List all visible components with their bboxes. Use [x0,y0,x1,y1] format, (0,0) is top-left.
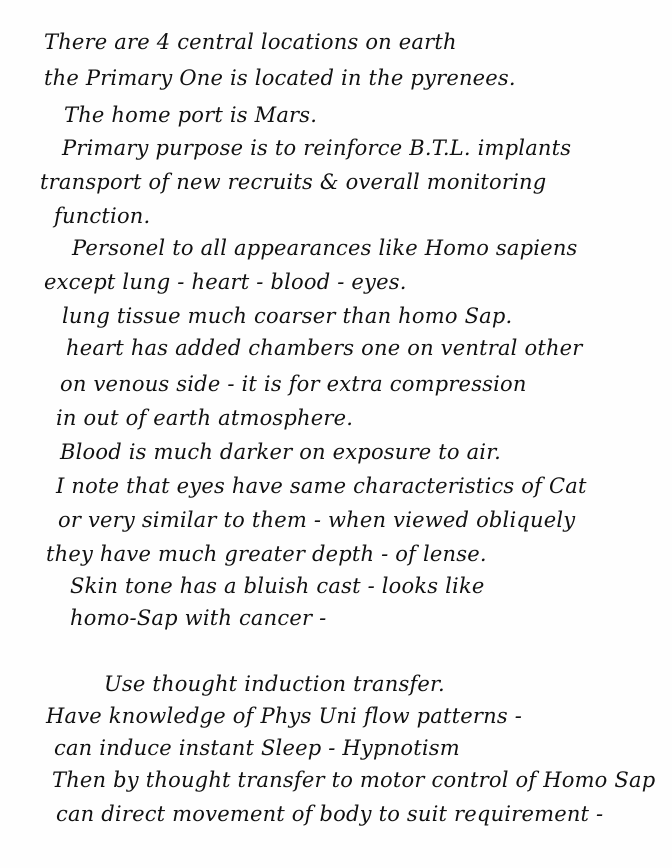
handwritten-line: heart has added chambers one on ventral … [66,336,583,360]
handwritten-line: lung tissue much coarser than homo Sap. [62,304,512,328]
handwritten-line: There are 4 central locations on earth [44,30,457,54]
handwritten-line: Skin tone has a bluish cast - looks like [70,574,485,598]
handwritten-line: Have knowledge of Phys Uni flow patterns… [46,704,522,728]
handwritten-line: in out of earth atmosphere. [56,406,353,430]
handwritten-line: I note that eyes have same characteristi… [56,474,587,498]
handwritten-line: function. [54,204,150,228]
handwritten-line: The home port is Mars. [64,103,317,127]
handwritten-line: Use thought induction transfer. [104,672,445,696]
handwritten-line: can direct movement of body to suit requ… [56,802,603,826]
handwritten-line: Personel to all appearances like Homo sa… [72,236,578,260]
handwritten-line: Blood is much darker on exposure to air. [60,440,501,464]
handwritten-line: homo-Sap with cancer - [70,606,326,630]
handwritten-line: they have much greater depth - of lense. [46,542,487,566]
handwritten-line: transport of new recruits & overall moni… [40,170,546,194]
handwritten-line: can induce instant Sleep - Hypnotism [54,736,460,760]
handwritten-line: or very similar to them - when viewed ob… [58,508,575,532]
handwritten-line: except lung - heart - blood - eyes. [44,270,407,294]
handwritten-page: There are 4 central locations on earth t… [0,0,672,868]
handwritten-line: Primary purpose is to reinforce B.T.L. i… [62,136,571,160]
handwritten-line: on venous side - it is for extra compres… [60,372,527,396]
handwritten-line: the Primary One is located in the pyrene… [44,66,516,90]
handwritten-line: Then by thought transfer to motor contro… [52,768,655,792]
